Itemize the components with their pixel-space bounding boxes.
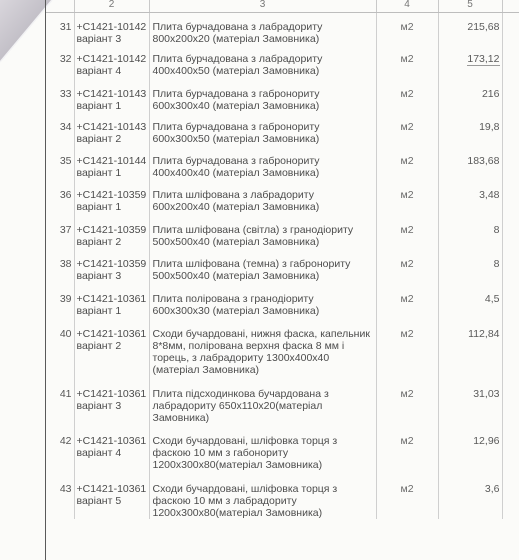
variant-text: варіант 1 (77, 167, 149, 179)
unit: м2 (376, 293, 438, 317)
description-line: 500х500х40 (матеріал Замовника) (153, 270, 376, 282)
quantity-value: 216 (482, 88, 500, 100)
table-row: 37+С1421-10359варіант 2Плита шліфована (… (46, 224, 519, 248)
description-line: 400х400х50 (матеріал Замовника) (153, 65, 376, 77)
description-line: Плита підсходинкова бучардована з (153, 388, 376, 400)
description-line: 800х200х20 (матеріал Замовника) (153, 33, 376, 45)
code-text: +С1421-10361 (77, 388, 149, 400)
unit: м2 (376, 121, 438, 145)
code-text: +С1421-10142 (77, 53, 149, 65)
header-col5: 5 (438, 0, 502, 13)
unit: м2 (376, 388, 438, 424)
quantity-value: 12,96 (473, 435, 499, 447)
variant-text: варіант 3 (77, 400, 149, 412)
variant-text: варіант 2 (77, 236, 149, 248)
variant-text: варіант 3 (77, 33, 149, 45)
row-spacer (46, 282, 519, 293)
quantity: 215,68 (438, 21, 502, 45)
item-description: Сходи бучардовані, шліфовка торця зфаско… (149, 483, 376, 519)
description-line: 600х300х40 (матеріал Замовника) (153, 100, 376, 112)
description-line: Сходи бучардовані, шліфовка торця з (153, 483, 376, 495)
row-spacer (46, 317, 519, 328)
item-code: +С1421-10359варіант 3 (74, 258, 149, 282)
table-row: 31+С1421-10142варіант 3Плита бурчадована… (46, 21, 519, 45)
unit: м2 (376, 21, 438, 45)
row-spacer (46, 112, 519, 121)
description-line: Плита бурчадована з габронориту (153, 88, 376, 100)
table-row: 32+С1421-10142варіант 4Плита бурчадована… (46, 53, 519, 77)
description-line: Плита бурчадована з габронориту (153, 121, 376, 133)
quantity: 31,03 (438, 388, 502, 424)
header-col3: 3 (149, 0, 376, 13)
code-text: +С1421-10143 (77, 88, 149, 100)
quantity-value: 31,03 (473, 388, 499, 400)
description-line: фаскою 10 мм з габонориту (153, 447, 376, 459)
item-description: Плита бурчадована з габронориту600х300х5… (149, 121, 376, 145)
row-number: 34 (46, 121, 74, 145)
quantity-value: 3,48 (479, 189, 499, 201)
empty-cell (502, 258, 519, 282)
table-row: 39+С1421-10361варіант 1Плита полірована … (46, 293, 519, 317)
item-code: +С1421-10361варіант 4 (74, 435, 149, 471)
description-line: Плита шліфована (темна) з габронориту (153, 258, 376, 270)
quantity-value: 8 (494, 258, 500, 270)
item-code: +С1421-10361варіант 3 (74, 388, 149, 424)
code-text: +С1421-10359 (77, 258, 149, 270)
quantity-value: 183,68 (467, 155, 499, 167)
empty-cell (502, 224, 519, 248)
row-number: 43 (46, 483, 74, 519)
item-description: Сходи бучардовані, нижня фаска, капельни… (149, 328, 376, 376)
unit: м2 (376, 224, 438, 248)
description-line: Плита бурчадована з лабрадориту (153, 21, 376, 33)
row-spacer (46, 45, 519, 53)
description-line: 500х500х40 (матеріал Замовника) (153, 236, 376, 248)
description-line: Плита бурчадована з габронориту (153, 155, 376, 167)
row-number: 42 (46, 435, 74, 471)
table-row: 33+С1421-10143варіант 1Плита бурчадована… (46, 88, 519, 112)
row-number: 33 (46, 88, 74, 112)
item-description: Плита шліфована з лабрадориту600х200х40 … (149, 189, 376, 213)
empty-cell (502, 483, 519, 519)
empty-cell (502, 388, 519, 424)
item-description: Плита бурчадована з лабрадориту400х400х5… (149, 53, 376, 77)
description-line: Сходи бучардовані, шліфовка торця з (153, 435, 376, 447)
row-number: 37 (46, 224, 74, 248)
row-number: 40 (46, 328, 74, 376)
row-number: 38 (46, 258, 74, 282)
quantity: 3,6 (438, 483, 502, 519)
quantity: 8 (438, 258, 502, 282)
row-spacer (46, 179, 519, 189)
quantity-value: 19,8 (479, 121, 499, 133)
code-text: +С1421-10361 (77, 293, 149, 305)
quantity: 3,48 (438, 189, 502, 213)
table-row: 42+С1421-10361варіант 4Сходи бучардовані… (46, 435, 519, 471)
description-line: торець, з лабрадориту 1300х400х40 (153, 352, 376, 364)
row-spacer (46, 471, 519, 483)
empty-cell (502, 293, 519, 317)
header-col2: 2 (74, 0, 149, 13)
quantity: 12,96 (438, 435, 502, 471)
quantity-value: 3,6 (485, 483, 500, 495)
row-number: 39 (46, 293, 74, 317)
variant-text: варіант 3 (77, 270, 149, 282)
code-text: +С1421-10143 (77, 121, 149, 133)
row-spacer (46, 424, 519, 435)
description-line: 8*8мм, полірована верхня фаска 8 мм і (153, 340, 376, 352)
variant-text: варіант 2 (77, 340, 149, 352)
row-spacer (46, 376, 519, 388)
row-spacer (46, 248, 519, 258)
table-row: 34+С1421-10143варіант 2Плита бурчадована… (46, 121, 519, 145)
row-spacer (46, 213, 519, 224)
unit: м2 (376, 189, 438, 213)
variant-text: варіант 2 (77, 133, 149, 145)
row-number: 32 (46, 53, 74, 77)
document-page: 2 3 4 5 31+С1421-10142варіант 3Плита бур… (45, 0, 519, 560)
row-number: 41 (46, 388, 74, 424)
item-description: Плита бурчадована з габронориту400х400х4… (149, 155, 376, 179)
description-line: 600х200х40 (матеріал Замовника) (153, 201, 376, 213)
quantity: 183,68 (438, 155, 502, 179)
unit: м2 (376, 155, 438, 179)
unit: м2 (376, 483, 438, 519)
item-description: Плита шліфована (світла) з гранодіориту5… (149, 224, 376, 248)
item-code: +С1421-10359варіант 2 (74, 224, 149, 248)
quantity: 8 (438, 224, 502, 248)
quantity: 173,12 (438, 53, 502, 77)
unit: м2 (376, 88, 438, 112)
item-code: +С1421-10144варіант 1 (74, 155, 149, 179)
empty-cell (502, 189, 519, 213)
description-line: Плита бурчадована з лабрадориту (153, 53, 376, 65)
empty-cell (502, 155, 519, 179)
quantity-value: 173,12 (467, 53, 499, 66)
quantity-value: 4,5 (485, 293, 500, 305)
item-code: +С1421-10142варіант 4 (74, 53, 149, 77)
description-line: 1200х300х80(матеріал Замовника) (153, 459, 376, 471)
item-code: +С1421-10361варіант 5 (74, 483, 149, 519)
code-text: +С1421-10361 (77, 435, 149, 447)
row-spacer (46, 145, 519, 155)
unit: м2 (376, 435, 438, 471)
code-text: +С1421-10144 (77, 155, 149, 167)
empty-cell (502, 435, 519, 471)
quantity-value: 215,68 (467, 21, 499, 33)
quantity: 19,8 (438, 121, 502, 145)
quantity: 112,84 (438, 328, 502, 376)
item-description: Плита підсходинкова бучардована злабрадо… (149, 388, 376, 424)
description-line: 1200х300х80(матеріал Замовника) (153, 507, 376, 519)
column-number-header: 2 3 4 5 (46, 0, 519, 13)
description-line: 400х400х40 (матеріал Замовника) (153, 167, 376, 179)
description-line: Плита шліфована з лабрадориту (153, 189, 376, 201)
item-code: +С1421-10143варіант 1 (74, 88, 149, 112)
variant-text: варіант 1 (77, 100, 149, 112)
quantity-value: 112,84 (468, 328, 499, 340)
quantity: 4,5 (438, 293, 502, 317)
empty-cell (502, 121, 519, 145)
row-spacer (46, 77, 519, 88)
empty-cell (502, 328, 519, 376)
row-spacer (46, 13, 519, 22)
description-line: Плита шліфована (світла) з гранодіориту (153, 224, 376, 236)
table-row: 36+С1421-10359варіант 1Плита шліфована з… (46, 189, 519, 213)
item-code: +С1421-10361варіант 2 (74, 328, 149, 376)
variant-text: варіант 4 (77, 447, 149, 459)
estimate-table: 2 3 4 5 31+С1421-10142варіант 3Плита бур… (46, 0, 519, 519)
item-description: Плита шліфована (темна) з габронориту500… (149, 258, 376, 282)
row-number: 36 (46, 189, 74, 213)
quantity-value: 8 (494, 224, 500, 236)
empty-cell (502, 88, 519, 112)
description-line: 600х300х50 (матеріал Замовника) (153, 133, 376, 145)
table-row: 35+С1421-10144варіант 1Плита бурчадована… (46, 155, 519, 179)
unit: м2 (376, 328, 438, 376)
code-text: +С1421-10142 (77, 21, 149, 33)
item-description: Плита бурчадована з лабрадориту800х200х2… (149, 21, 376, 45)
item-code: +С1421-10142варіант 3 (74, 21, 149, 45)
item-code: +С1421-10143варіант 2 (74, 121, 149, 145)
item-description: Плита полірована з гранодіориту600х300х3… (149, 293, 376, 317)
code-text: +С1421-10359 (77, 189, 149, 201)
code-text: +С1421-10361 (77, 483, 149, 495)
variant-text: варіант 1 (77, 305, 149, 317)
table-row: 41+С1421-10361варіант 3Плита підсходинко… (46, 388, 519, 424)
description-line: лабрадориту 650х110х20(матеріал (153, 400, 376, 412)
header-col1 (46, 0, 74, 13)
unit: м2 (376, 258, 438, 282)
table-row: 40+С1421-10361варіант 2Сходи бучардовані… (46, 328, 519, 376)
description-line: 600х300х30 (матеріал Замовника) (153, 305, 376, 317)
item-code: +С1421-10359варіант 1 (74, 189, 149, 213)
code-text: +С1421-10359 (77, 224, 149, 236)
description-line: Замовника) (153, 412, 376, 424)
variant-text: варіант 5 (77, 495, 149, 507)
item-description: Сходи бучардовані, шліфовка торця зфаско… (149, 435, 376, 471)
description-line: Сходи бучардовані, нижня фаска, капельни… (153, 328, 376, 340)
header-col6 (502, 0, 519, 13)
variant-text: варіант 4 (77, 65, 149, 77)
item-code: +С1421-10361варіант 1 (74, 293, 149, 317)
table-body: 31+С1421-10142варіант 3Плита бурчадована… (46, 13, 519, 520)
header-col4: 4 (376, 0, 438, 13)
quantity: 216 (438, 88, 502, 112)
empty-cell (502, 21, 519, 45)
unit: м2 (376, 53, 438, 77)
row-number: 35 (46, 155, 74, 179)
variant-text: варіант 1 (77, 201, 149, 213)
description-line: (матеріал Замовника) (153, 364, 376, 376)
row-number: 31 (46, 21, 74, 45)
description-line: Плита полірована з гранодіориту (153, 293, 376, 305)
table-row: 43+С1421-10361варіант 5Сходи бучардовані… (46, 483, 519, 519)
code-text: +С1421-10361 (77, 328, 149, 340)
item-description: Плита бурчадована з габронориту600х300х4… (149, 88, 376, 112)
table-row: 38+С1421-10359варіант 3Плита шліфована (… (46, 258, 519, 282)
empty-cell (502, 53, 519, 77)
description-line: фаскою 10 мм з лабрадориту (153, 495, 376, 507)
